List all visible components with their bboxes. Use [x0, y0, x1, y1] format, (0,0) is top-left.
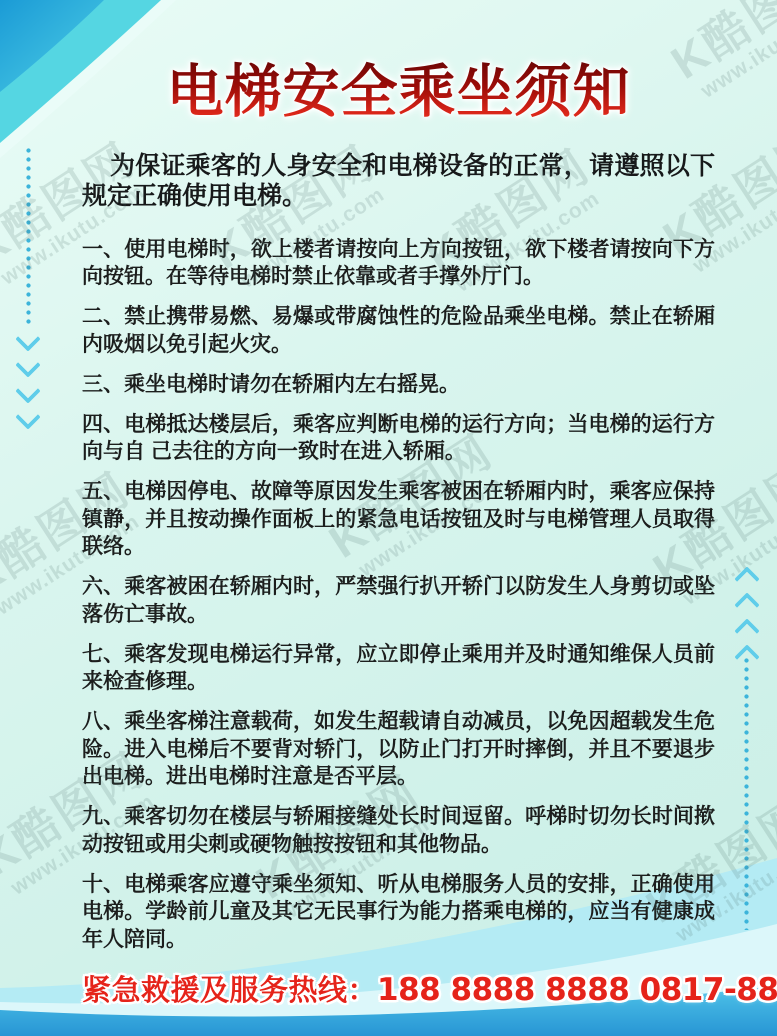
notice-item-4: 四、电梯抵达楼层后，乘客应判断电梯的运行方向；当电梯的运行方向与自 己去往的方向…	[82, 411, 715, 466]
chevron-down-icon	[15, 378, 40, 403]
notice-item-7: 七、乘客发现电梯运行异常，应立即停止乘用并及时通知维保人员前来检查修理。	[82, 641, 715, 696]
page-title-text: 电梯安全乘坐须知	[167, 61, 631, 124]
notice-item-5: 五、电梯因停电、故障等原因发生乘客被困在轿厢内时，乘客应保持镇静，并且按动操作面…	[82, 478, 715, 561]
intro-paragraph: 为保证乘客的人身安全和电梯设备的正常，请遵照以下规定正确使用电梯。	[82, 151, 715, 211]
page-title: 电梯安全乘坐须知	[82, 60, 715, 126]
chevron-down-icon	[15, 326, 40, 351]
elevator-safety-poster: K酷图网www.ikutu.comK酷图网www.ikutu.comK酷图网ww…	[0, 0, 777, 1036]
notice-item-3: 三、乘坐电梯时请勿在轿厢内左右摇晃。	[82, 371, 715, 399]
chevrons-up-group	[738, 570, 756, 674]
chevron-up-icon	[734, 618, 759, 643]
chevron-up-icon	[734, 566, 759, 591]
notice-item-list: 一、使用电梯时，欲上楼者请按向上方向按钮，欲下楼者请按向下方向按钮。在等待电梯时…	[82, 236, 715, 954]
hotline-phone-number: 188 8888 8888 0817-888888	[377, 972, 777, 1008]
notice-item-10: 十、电梯乘客应遵守乘坐须知、听从电梯服务人员的安排，正确使用电梯。学龄前儿童及其…	[82, 871, 715, 954]
chevrons-down-group	[19, 330, 37, 434]
dotted-line-right	[744, 658, 749, 930]
chevron-up-icon	[734, 644, 759, 669]
notice-item-6: 六、乘客被困在轿厢内时，严禁强行扒开轿门以防发生人身剪切或坠落伤亡事故。	[82, 573, 715, 628]
notice-item-1: 一、使用电梯时，欲上楼者请按向上方向按钮，欲下楼者请按向下方向按钮。在等待电梯时…	[82, 236, 715, 291]
notice-item-2: 二、禁止携带易燃、易爆或带腐蚀性的危险品乘坐电梯。禁止在轿厢内吸烟以免引起火灾。	[82, 303, 715, 358]
notice-item-8: 八、乘坐客梯注意载荷，如发生超载请自动减员，以免因超载发生危险。进入电梯后不要背…	[82, 708, 715, 791]
notice-content: 电梯安全乘坐须知 为保证乘客的人身安全和电梯设备的正常，请遵照以下规定正确使用电…	[82, 0, 715, 1009]
hotline-label: 紧急救援及服务热线：	[82, 975, 377, 1007]
chevron-down-icon	[15, 404, 40, 429]
chevron-down-icon	[15, 352, 40, 377]
chevron-up-icon	[734, 592, 759, 617]
dotted-line-left	[26, 148, 31, 324]
notice-item-9: 九、乘客切勿在楼层与轿厢接缝处长时间逗留。呼梯时切勿长时间揿动按钮或用尖刺或硬物…	[82, 803, 715, 858]
emergency-hotline: 紧急救援及服务热线：188 8888 8888 0817-888888	[82, 968, 715, 1009]
